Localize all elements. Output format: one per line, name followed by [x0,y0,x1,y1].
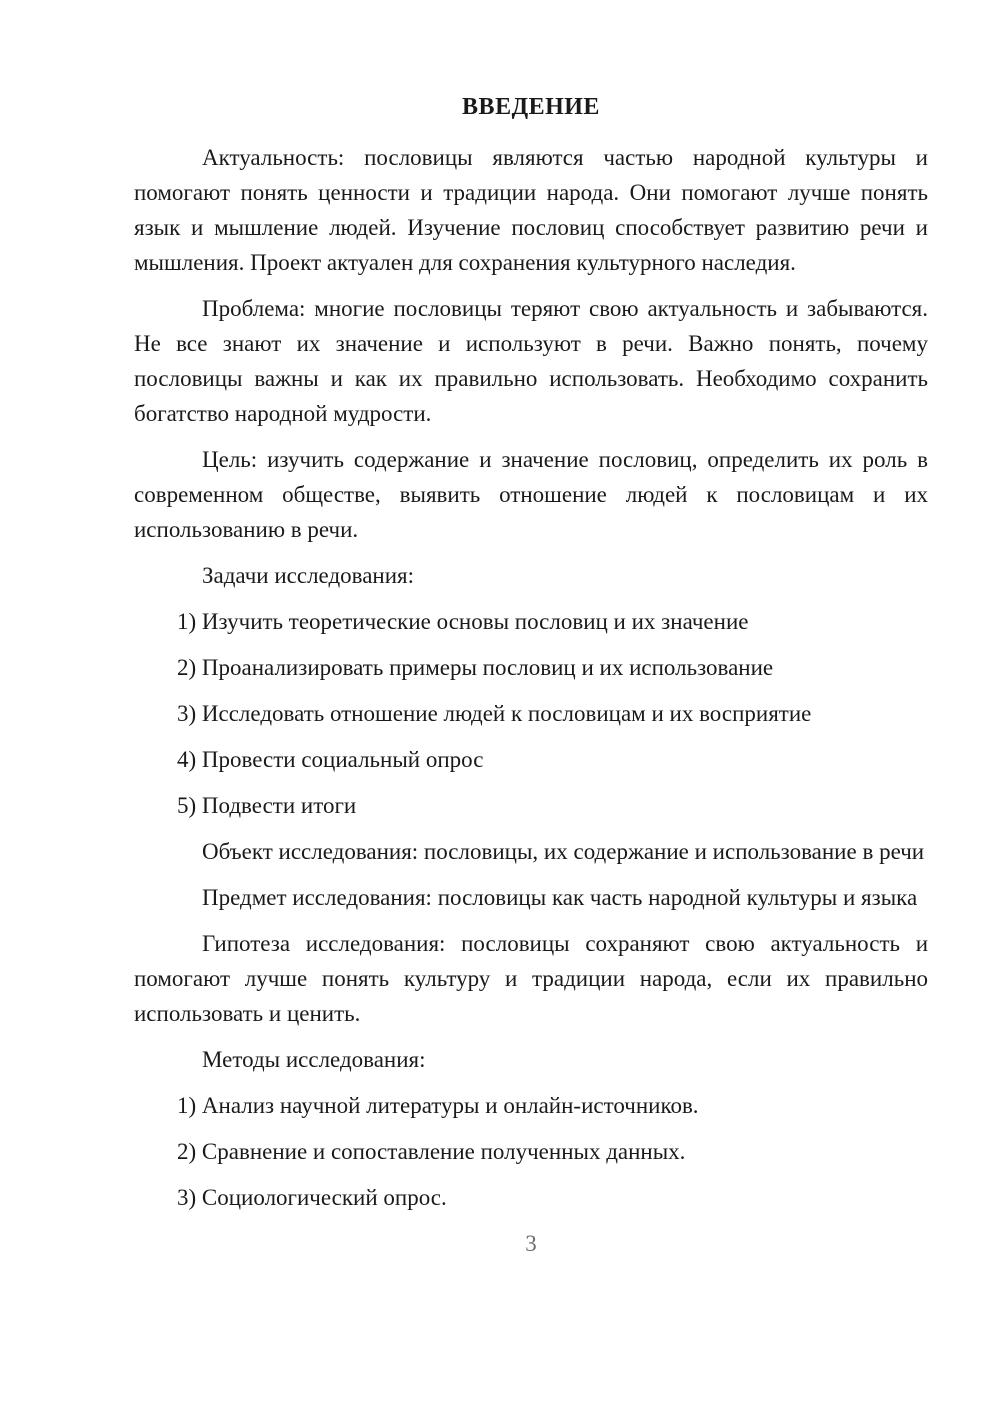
document-page: ВВЕДЕНИЕ Актуальность: пословицы являютс… [0,0,1000,1414]
paragraph-aktualnost: Актуальность: пословицы являются частью … [134,140,928,280]
methods-heading: Методы исследования: [134,1042,928,1077]
task-item-5: 5) Подвести итоги [134,788,928,823]
paragraph-obekt: Объект исследования: пословицы, их содер… [134,834,928,869]
paragraph-gipoteza: Гипотеза исследования: пословицы сохраня… [134,926,928,1031]
task-item-2: 2) Проанализировать примеры пословиц и и… [134,650,928,685]
page-number: 3 [134,1226,928,1261]
page-title: ВВЕДЕНИЕ [134,90,928,125]
task-item-3: 3) Исследовать отношение людей к послови… [134,696,928,731]
paragraph-tsel: Цель: изучить содержание и значение посл… [134,442,928,547]
paragraph-problema: Проблема: многие пословицы теряют свою а… [134,291,928,431]
method-item-3: 3) Социологический опрос. [134,1180,928,1215]
method-item-2: 2) Сравнение и сопоставление полученных … [134,1134,928,1169]
paragraph-predmet: Предмет исследования: пословицы как част… [134,880,928,915]
method-item-1: 1) Анализ научной литературы и онлайн-ис… [134,1088,928,1123]
task-item-1: 1) Изучить теоретические основы пословиц… [134,604,928,639]
task-item-4: 4) Провести социальный опрос [134,742,928,777]
tasks-heading: Задачи исследования: [134,558,928,593]
